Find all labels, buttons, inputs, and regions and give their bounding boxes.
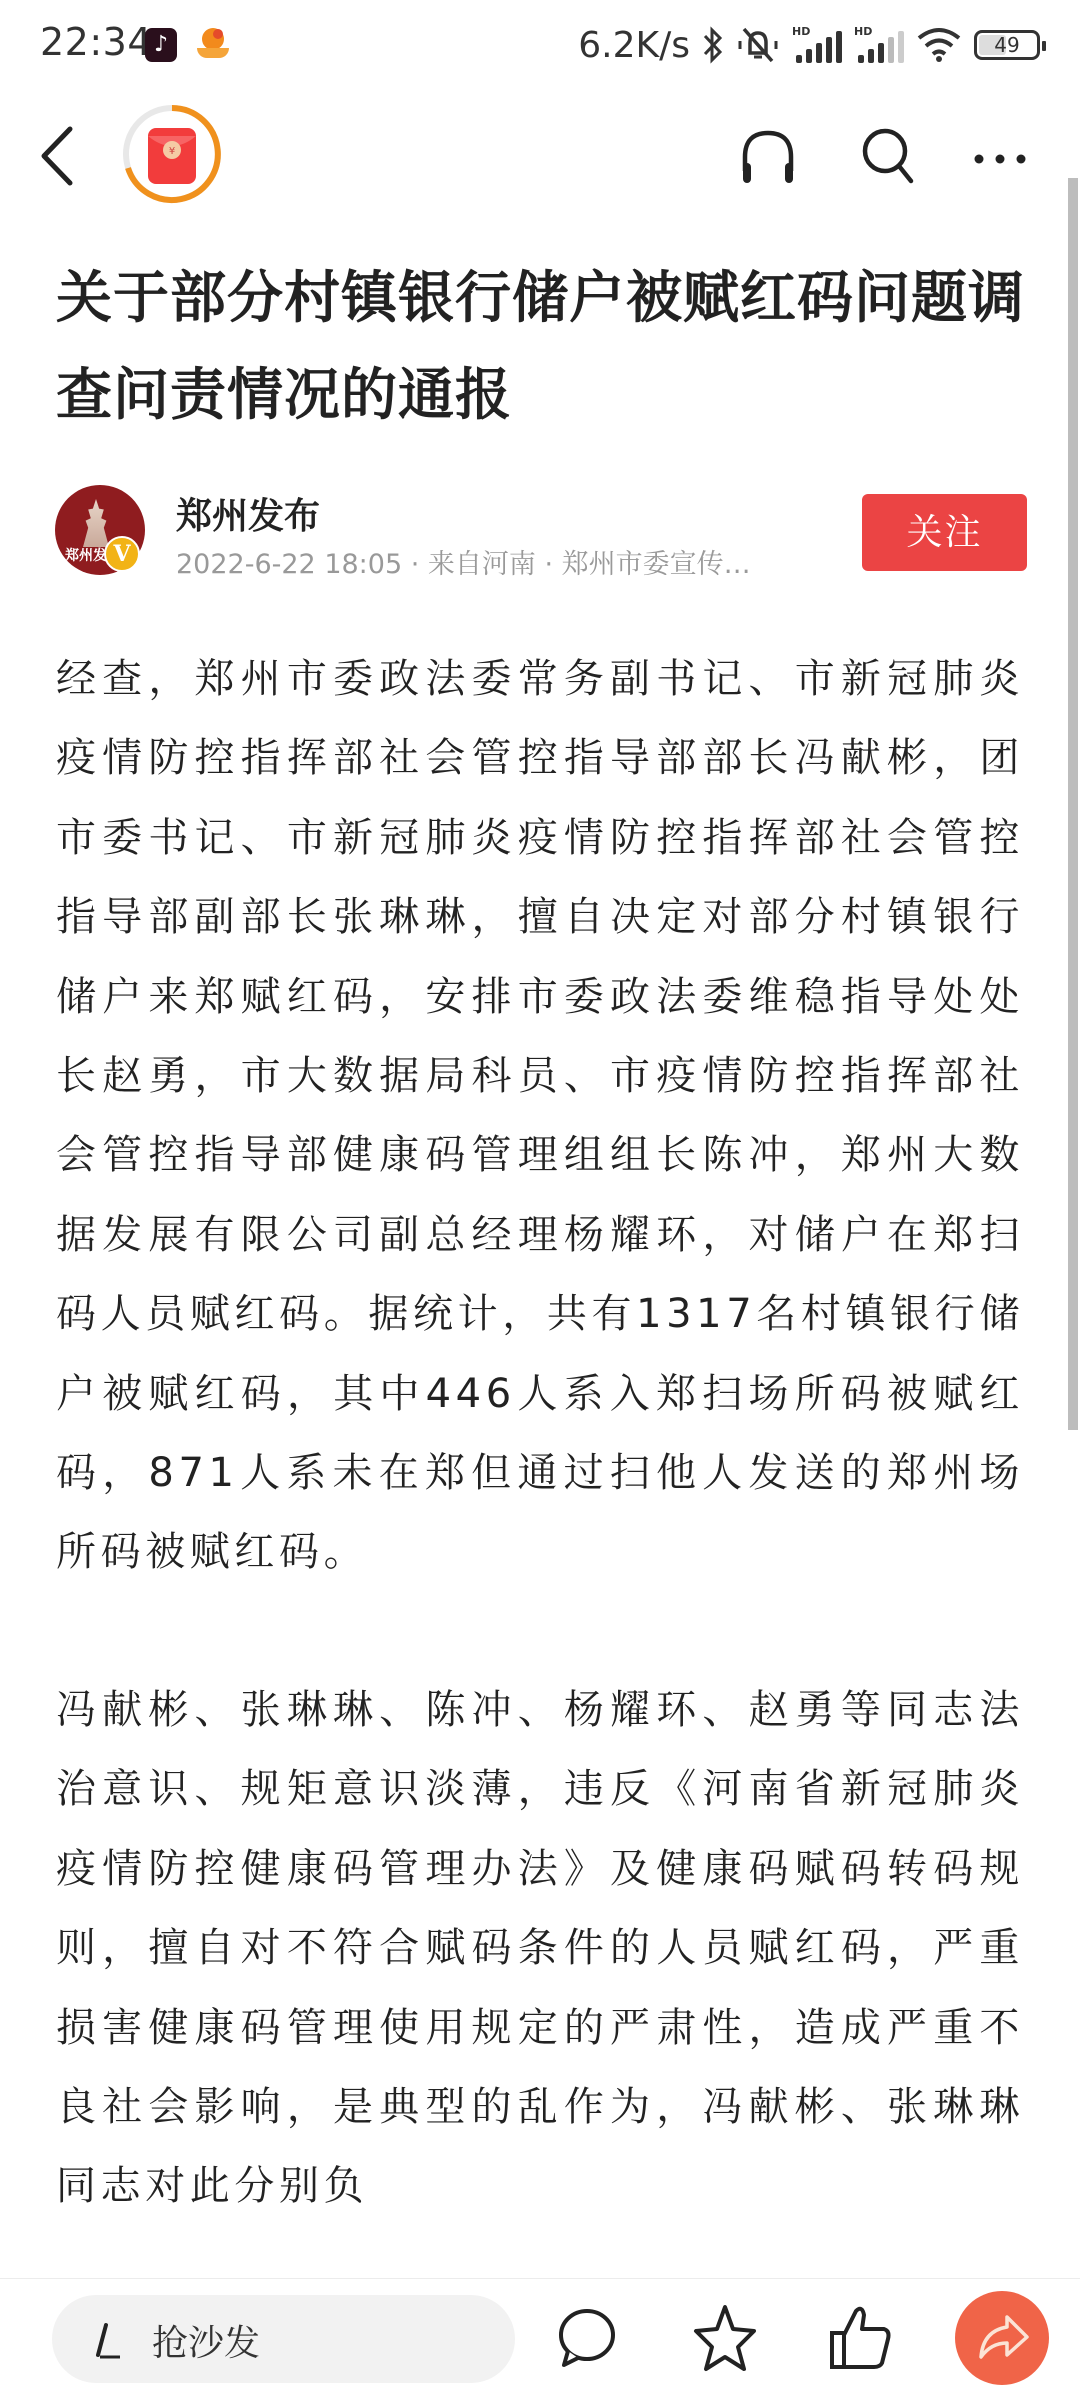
comment-placeholder: 抢沙发 bbox=[152, 2315, 260, 2366]
svg-text:¥: ¥ bbox=[169, 146, 175, 157]
top-nav-bar: ¥ bbox=[0, 96, 1080, 216]
share-button[interactable] bbox=[955, 2291, 1049, 2385]
verified-badge-icon: V bbox=[104, 536, 140, 572]
follow-button[interactable]: 关注 bbox=[862, 494, 1027, 571]
author-name[interactable]: 郑州发布 bbox=[176, 488, 320, 539]
author-row: 郑州发 V 郑州发布 2022-6-22 18:05 · 来自河南 · 郑州市委… bbox=[0, 480, 1080, 590]
bluetooth-icon bbox=[702, 26, 724, 64]
share-arrow-icon bbox=[955, 2291, 1049, 2385]
comment-icon[interactable] bbox=[552, 2301, 622, 2377]
tiktok-icon: ♪ bbox=[145, 28, 177, 62]
article-body: 经查，郑州市委政法委常务副书记、市新冠肺炎疫情防控指挥部社会管控指导部部长冯献彬… bbox=[56, 640, 1024, 2305]
article-title: 关于部分村镇银行储户被赋红码问题调查问责情况的通报 bbox=[56, 250, 1036, 444]
search-icon[interactable] bbox=[853, 121, 923, 191]
publish-meta: 2022-6-22 18:05 · 来自河南 · 郑州市委宣传… bbox=[176, 542, 751, 581]
comment-input[interactable]: 抢沙发 bbox=[52, 2295, 515, 2383]
headphones-icon[interactable] bbox=[733, 121, 803, 191]
back-button[interactable] bbox=[30, 121, 90, 191]
scrollbar[interactable] bbox=[1068, 178, 1078, 1430]
article-paragraph: 经查，郑州市委政法委常务副书记、市新冠肺炎疫情防控指挥部社会管控指导部部长冯献彬… bbox=[56, 640, 1024, 1593]
tower-icon bbox=[83, 499, 109, 547]
more-icon[interactable] bbox=[965, 121, 1035, 191]
bottom-action-bar: 抢沙发 bbox=[0, 2278, 1080, 2400]
network-speed: 6.2K/s bbox=[578, 25, 690, 66]
status-bar: 22:34 ♪ 6.2K/s HD HD 49 bbox=[0, 0, 1080, 92]
app-notification-icon bbox=[195, 28, 229, 62]
cellular-signal-icon-2: HD bbox=[854, 27, 904, 63]
red-packet-icon[interactable]: ¥ bbox=[120, 102, 224, 206]
cellular-signal-icon-1: HD bbox=[792, 27, 842, 63]
battery-indicator: 49 bbox=[974, 30, 1040, 60]
thumbs-up-icon[interactable] bbox=[826, 2301, 896, 2377]
article-paragraph: 冯献彬、张琳琳、陈冲、杨耀环、赵勇等同志法治意识、规矩意识淡薄，违反《河南省新冠… bbox=[56, 1671, 1024, 2227]
wifi-icon bbox=[916, 26, 962, 64]
star-icon[interactable] bbox=[690, 2301, 760, 2377]
status-time: 22:34 bbox=[40, 20, 152, 64]
pen-icon bbox=[92, 2321, 128, 2361]
mute-bell-icon bbox=[736, 25, 780, 65]
